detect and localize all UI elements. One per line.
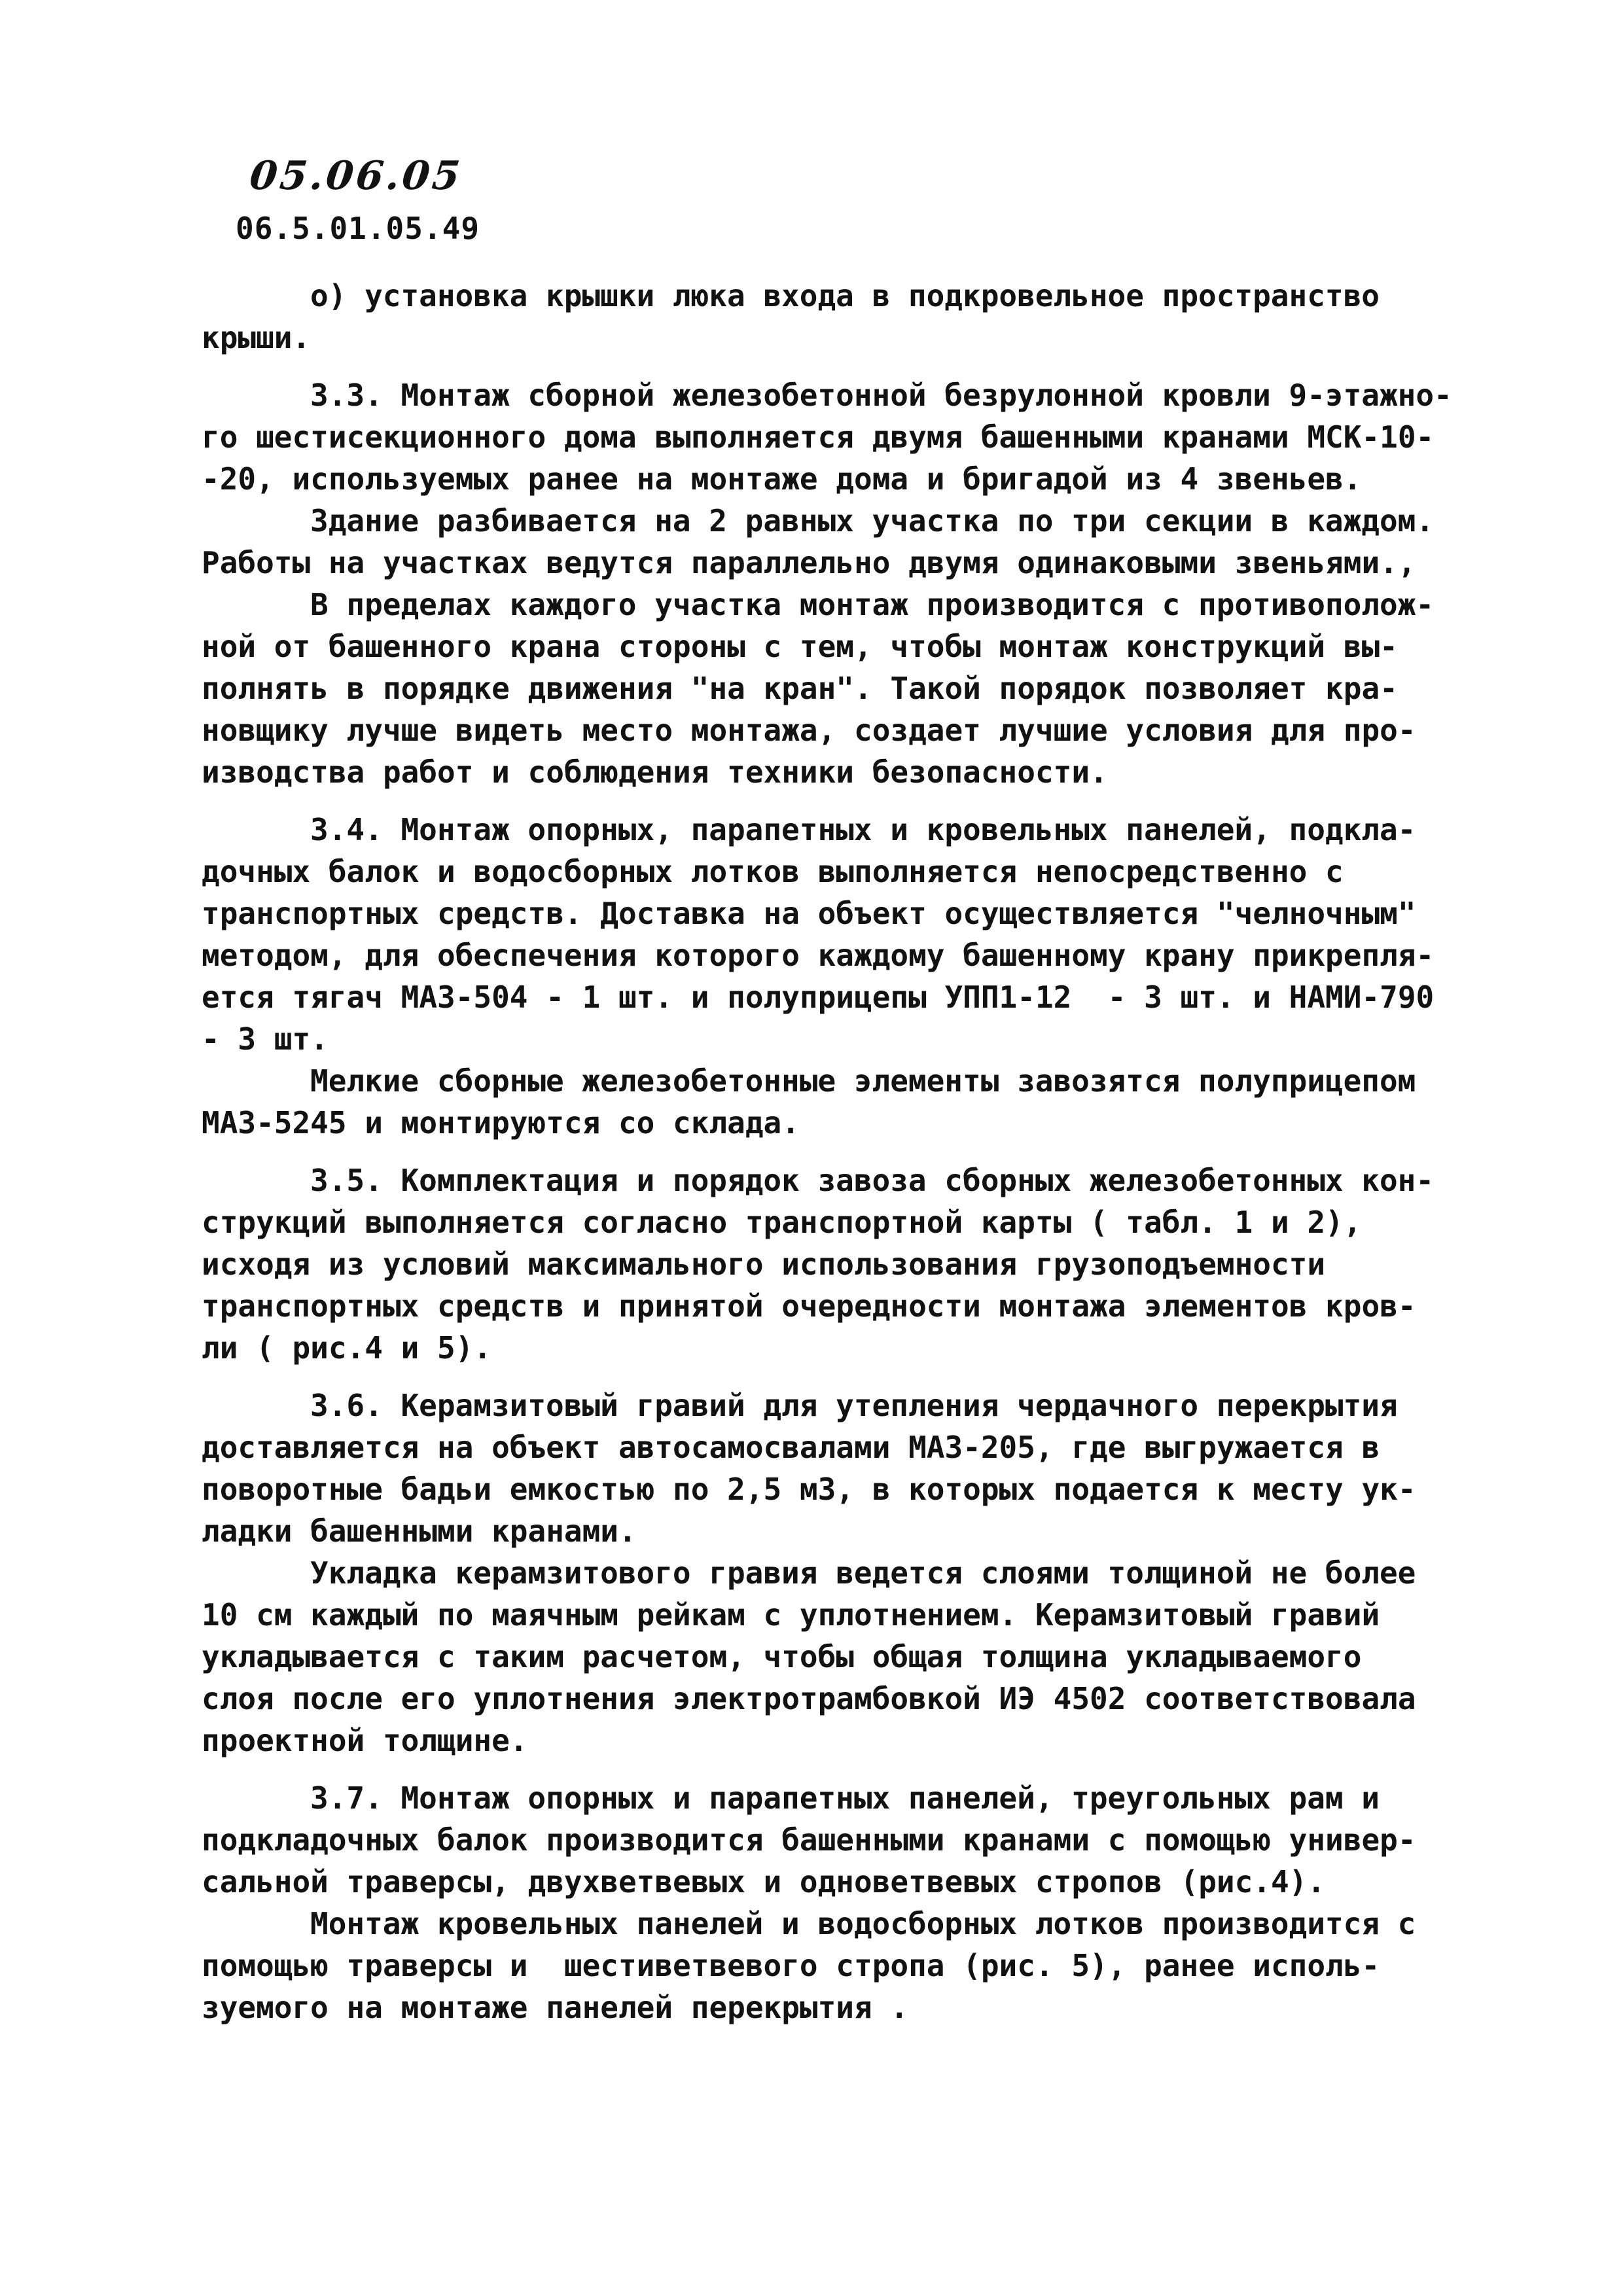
paragraph-clause-3-5: 3.5. Комплектация и порядок завоза сборн…: [202, 1159, 1458, 1369]
paragraph-clause-3-6: 3.6. Керамзитовый гравий для утепления ч…: [202, 1385, 1458, 1552]
paragraph-clause-3-4: 3.4. Монтаж опорных, парапетных и кровел…: [202, 809, 1458, 1060]
paragraph-site-split: Здание разбивается на 2 равных участка п…: [202, 500, 1458, 584]
document-number: 06.5.01.05.49: [236, 211, 480, 246]
paragraph-montage-direction: В пределах каждого участка монтаж произв…: [202, 584, 1458, 793]
paragraph-clause-3-3: 3.3. Монтаж сборной железобетонной безру…: [202, 374, 1458, 500]
paragraph-small-elements: Мелкие сборные железобетонные элементы з…: [202, 1060, 1458, 1144]
paragraph-list-item-o: о) установка крышки люка входа в подкров…: [202, 275, 1458, 359]
paragraph-roof-panels-montage: Монтаж кровельных панелей и водосборных …: [202, 1903, 1458, 2028]
scanned-document-page: 05.06.05 06.5.01.05.49 о) установка крыш…: [0, 0, 1623, 2296]
paragraph-gravel-laying: Укладка керамзитового гравия ведется сло…: [202, 1552, 1458, 1761]
paragraph-clause-3-7: 3.7. Монтаж опорных и парапетных панелей…: [202, 1777, 1458, 1903]
handwritten-code: 05.06.05: [247, 153, 465, 199]
document-body: о) установка крышки люка входа в подкров…: [202, 275, 1458, 2028]
